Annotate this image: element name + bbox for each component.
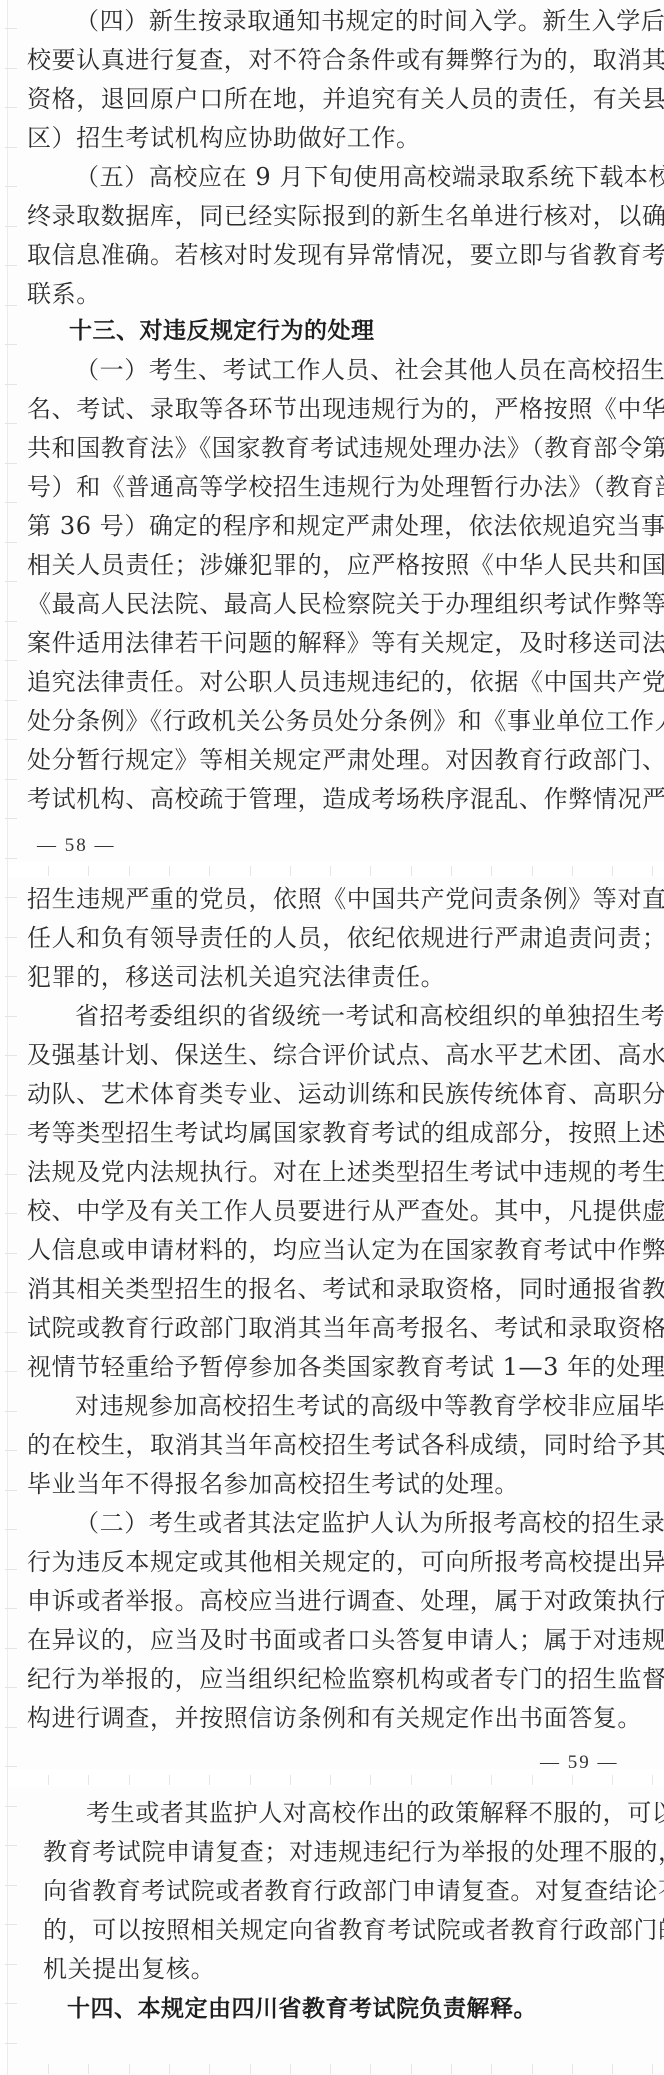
section-14-heading: 十四、本规定由四川省教育考试院负责解释。: [67, 1990, 537, 2029]
page-break-ruler: [7, 862, 664, 878]
ruler-tick: [209, 866, 210, 876]
ruler-tick: [5, 2003, 17, 2004]
ruler-tick: [250, 1775, 251, 1785]
ruler-tick: [169, 2064, 170, 2074]
ruler-tick: [5, 660, 17, 661]
ruler-tick: [5, 28, 17, 29]
ruler-tick: [5, 779, 17, 780]
ruler-tick: [5, 1569, 17, 1570]
ruler-tick: [451, 1775, 452, 1785]
ruler-tick: [612, 1775, 613, 1785]
paragraph-line: 的，可以按照相关规定向省教育考试院或者教育行政部门的上级: [43, 1911, 628, 1950]
left-ruler: [7, 0, 8, 2075]
paragraph-line: （五）高校应在 9 月下旬使用高校端录取系统下载本校的最: [75, 158, 630, 197]
ruler-tick: [5, 2043, 17, 2044]
ruler-tick: [5, 502, 17, 503]
ruler-tick: [5, 1332, 17, 1333]
ruler-tick: [5, 463, 17, 464]
ruler-tick: [48, 1775, 49, 1785]
paragraph-line: 案件适用法律若干问题的解释》等有关规定，及时移送司法机关: [27, 624, 630, 663]
paragraph-line: 处分暂行规定》等相关规定严肃处理。对因教育行政部门、招生: [27, 741, 630, 780]
ruler-tick: [612, 2064, 613, 2074]
ruler-tick: [5, 68, 17, 69]
ruler-tick: [5, 1924, 17, 1925]
paragraph-line: 相关人员责任；涉嫌犯罪的，应严格按照《中华人民共和国刑法》: [27, 546, 630, 585]
ruler-tick: [290, 866, 291, 876]
paragraph-line: 名、考试、录取等各环节出现违规行为的，严格按照《中华人民: [27, 390, 630, 429]
paragraph-line: 法规及党内法规执行。对在上述类型招生考试中违规的考生、高: [27, 1153, 630, 1192]
paragraph-line: 校、中学及有关工作人员要进行从严查处。其中，凡提供虚假个: [27, 1192, 630, 1231]
ruler-tick: [532, 866, 533, 876]
page-break-ruler: [7, 2060, 664, 2075]
ruler-tick: [5, 1964, 17, 1965]
ruler-tick: [169, 1775, 170, 1785]
ruler-tick: [491, 866, 492, 876]
ruler-tick: [5, 1213, 17, 1214]
ruler-tick: [48, 866, 49, 876]
ruler-tick: [5, 1450, 17, 1451]
ruler-tick: [5, 1411, 17, 1412]
ruler-tick: [5, 1845, 17, 1846]
paragraph-line: 申诉或者举报。高校应当进行调查、处理，属于对政策执行存: [27, 1582, 630, 1621]
ruler-tick: [5, 897, 17, 898]
ruler-tick: [5, 1766, 17, 1767]
ruler-tick: [48, 2064, 49, 2074]
ruler-tick: [5, 186, 17, 187]
paragraph-line: 对违规参加高校招生考试的高级中等教育学校非应届毕业: [75, 1387, 630, 1426]
paragraph-line: 考生或者其监护人对高校作出的政策解释不服的，可以向省: [86, 1794, 628, 1833]
ruler-tick: [451, 866, 452, 876]
ruler-tick: [411, 1775, 412, 1785]
paragraph-line: 向省教育考试院或者教育行政部门申请复查。对复查结论不服: [43, 1872, 628, 1911]
ruler-tick: [129, 1775, 130, 1785]
ruler-tick: [5, 700, 17, 701]
paragraph-line: 犯罪的，移送司法机关追究法律责任。: [27, 958, 630, 997]
ruler-tick: [451, 2064, 452, 2074]
ruler-tick: [88, 1775, 89, 1785]
ruler-tick: [532, 1775, 533, 1785]
paragraph-line: 行为违反本规定或其他相关规定的，可向所报考高校提出异议、: [27, 1543, 630, 1582]
paragraph-line: 在异议的，应当及时书面或者口头答复申请人；属于对违规违: [27, 1621, 630, 1660]
paragraph-line: 追究法律责任。对公职人员违规违纪的，依据《中国共产党纪律: [27, 663, 630, 702]
ruler-tick: [5, 384, 17, 385]
ruler-tick: [330, 2064, 331, 2074]
paragraph-line: 动队、艺术体育类专业、运动训练和民族传统体育、高职分类招: [27, 1075, 630, 1114]
ruler-tick: [129, 866, 130, 876]
paragraph-line: 号）和《普通高等学校招生违规行为处理暂行办法》（教育部令: [27, 468, 630, 507]
paragraph-line: （一）考生、考试工作人员、社会其他人员在高校招生的报: [75, 351, 630, 390]
paragraph-line: 毕业当年不得报名参加高校招生考试的处理。: [27, 1465, 630, 1504]
ruler-tick: [370, 1775, 371, 1785]
ruler-tick: [5, 265, 17, 266]
ruler-tick: [5, 1490, 17, 1491]
ruler-tick: [5, 1687, 17, 1688]
paragraph-line: 联系。: [27, 275, 630, 314]
ruler-tick: [5, 1292, 17, 1293]
paragraph-line: 校要认真进行复查，对不符合条件或有舞弊行为的，取消其入学: [27, 41, 630, 80]
ruler-tick: [491, 1775, 492, 1785]
ruler-tick: [5, 1095, 17, 1096]
ruler-tick: [572, 1775, 573, 1785]
ruler-tick: [411, 866, 412, 876]
paragraph-line: 考等类型招生考试均属国家教育考试的组成部分，按照上述法律: [27, 1114, 630, 1153]
paragraph-line: 终录取数据库，同已经实际报到的新生名单进行核对，以确保录: [27, 197, 630, 236]
ruler-tick: [612, 866, 613, 876]
paragraph-line: （四）新生按录取通知书规定的时间入学。新生入学后，学: [75, 2, 630, 41]
paragraph-line: 试院或教育行政部门取消其当年高考报名、考试和录取资格，并: [27, 1309, 630, 1348]
ruler-tick: [5, 937, 17, 938]
ruler-tick: [5, 226, 17, 227]
section-13-heading: 十三、对违反规定行为的处理: [69, 312, 375, 351]
ruler-tick: [652, 1775, 653, 1785]
paragraph-line: 《最高人民法院、最高人民检察院关于办理组织考试作弊等刑事: [27, 585, 630, 624]
ruler-tick: [5, 107, 17, 108]
paragraph-line: 招生违规严重的党员，依照《中国共产党问责条例》等对直接责: [27, 880, 630, 919]
ruler-tick: [5, 423, 17, 424]
ruler-tick: [5, 1885, 17, 1886]
ruler-tick: [330, 866, 331, 876]
ruler-tick: [5, 858, 17, 859]
ruler-tick: [129, 2064, 130, 2074]
ruler-tick: [5, 739, 17, 740]
ruler-tick: [5, 976, 17, 977]
paragraph-line: 人信息或申请材料的，均应当认定为在国家教育考试中作弊，取: [27, 1231, 630, 1270]
ruler-tick: [5, 1648, 17, 1649]
paragraph-line: 考试机构、高校疏于管理，造成考场秩序混乱、作弊情况严重、: [27, 780, 630, 819]
ruler-tick: [572, 2064, 573, 2074]
ruler-tick: [5, 818, 17, 819]
ruler-tick: [290, 2064, 291, 2074]
ruler-tick: [88, 2064, 89, 2074]
paragraph-line: 省招考委组织的省级统一考试和高校组织的单独招生考试: [75, 997, 630, 1036]
ruler-tick: [5, 1253, 17, 1254]
page-number: — 58 —: [37, 835, 116, 857]
ruler-tick: [491, 2064, 492, 2074]
ruler-tick: [652, 2064, 653, 2074]
ruler-tick: [5, 1727, 17, 1728]
ruler-tick: [330, 1775, 331, 1785]
ruler-tick: [169, 866, 170, 876]
ruler-tick: [5, 581, 17, 582]
paragraph-line: 资格，退回原户口所在地，并追究有关人员的责任，有关县（市、: [27, 80, 630, 119]
ruler-tick: [5, 1134, 17, 1135]
paragraph-line: 区）招生考试机构应协助做好工作。: [27, 119, 630, 158]
ruler-tick: [209, 2064, 210, 2074]
ruler-tick: [532, 2064, 533, 2074]
ruler-tick: [5, 344, 17, 345]
ruler-tick: [411, 2064, 412, 2074]
ruler-tick: [5, 1174, 17, 1175]
page-number: — 59 —: [540, 1752, 619, 1774]
ruler-tick: [5, 1055, 17, 1056]
ruler-tick: [5, 621, 17, 622]
paragraph-line: 教育考试院申请复查；对违规违纪行为举报的处理不服的，可以: [43, 1833, 628, 1872]
ruler-tick: [5, 147, 17, 148]
ruler-tick: [5, 305, 17, 306]
ruler-tick: [5, 1806, 17, 1807]
paragraph-line: 任人和负有领导责任的人员，依纪依规进行严肃追责问责；涉嫌: [27, 919, 630, 958]
paragraph-line: 的在校生，取消其当年高校招生考试各科成绩，同时给予其应届: [27, 1426, 630, 1465]
ruler-tick: [250, 866, 251, 876]
paragraph-line: 第 36 号）确定的程序和规定严肃处理，依法依规追究当事人及: [27, 507, 630, 546]
paragraph-line: 及强基计划、保送生、综合评价试点、高水平艺术团、高水平运: [27, 1036, 630, 1075]
paragraph-line: （二）考生或者其法定监护人认为所报考高校的招生录取: [75, 1504, 630, 1543]
paragraph-line: 机关提出复核。: [43, 1950, 628, 1989]
ruler-tick: [290, 1775, 291, 1785]
ruler-tick: [5, 1016, 17, 1017]
ruler-tick: [5, 542, 17, 543]
ruler-tick: [250, 2064, 251, 2074]
paragraph-line: 取信息准确。若核对时发现有异常情况，要立即与省教育考试院: [27, 236, 630, 275]
ruler-tick: [209, 1775, 210, 1785]
ruler-tick: [652, 866, 653, 876]
ruler-tick: [88, 866, 89, 876]
paragraph-line: 消其相关类型招生的报名、考试和录取资格，同时通报省教育考: [27, 1270, 630, 1309]
ruler-tick: [5, 1371, 17, 1372]
paragraph-line: 纪行为举报的，应当组织纪检监察机构或者专门的招生监督机: [27, 1660, 630, 1699]
paragraph-line: 处分条例》《行政机关公务员处分条例》和《事业单位工作人员: [27, 702, 630, 741]
paragraph-line: 共和国教育法》《国家教育考试违规处理办法》（教育部令第 33: [27, 429, 630, 468]
ruler-tick: [5, 1608, 17, 1609]
paragraph-line: 构进行调查，并按照信访条例和有关规定作出书面答复。: [27, 1699, 630, 1738]
ruler-tick: [5, 1529, 17, 1530]
ruler-tick: [370, 2064, 371, 2074]
paragraph-line: 视情节轻重给予暂停参加各类国家教育考试 1—3 年的处理。: [27, 1348, 630, 1387]
ruler-tick: [370, 866, 371, 876]
ruler-tick: [572, 866, 573, 876]
